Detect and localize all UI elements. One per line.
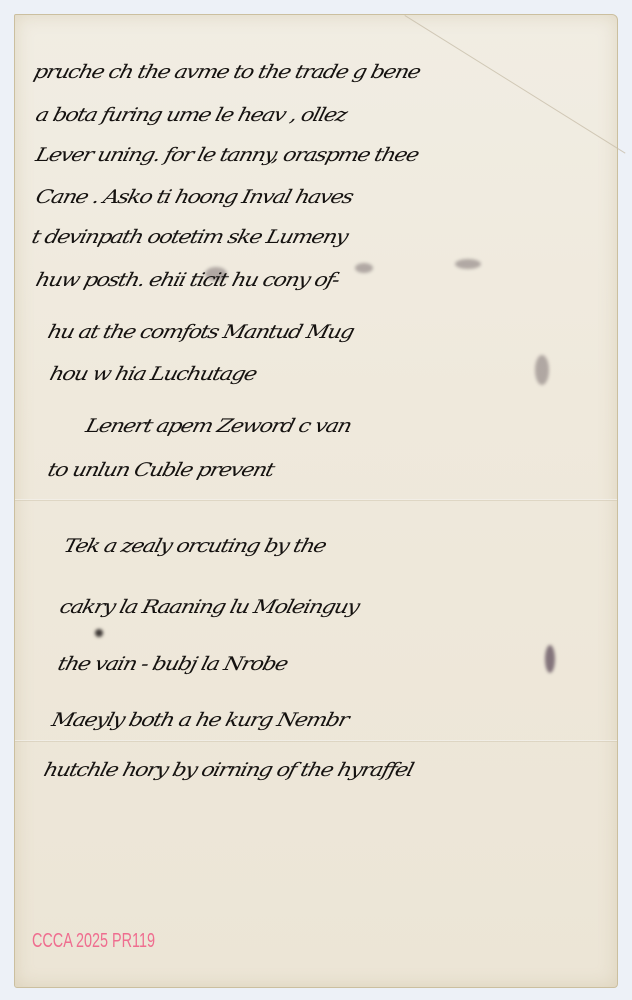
handwriting-line-14: Maeyly both a he kurg Nembr bbox=[49, 710, 350, 731]
handwriting-line-3: Lever uning. for le tanny, oraspme thee bbox=[33, 145, 420, 166]
handwriting-line-11: Tek a zealy orcuting by the bbox=[61, 536, 327, 557]
handwriting-line-7: hu at the comfots Mantud Mug bbox=[45, 322, 355, 343]
handwriting-line-4: Cane . Asko ti hoong Inval haves bbox=[33, 187, 354, 208]
diagonal-crease bbox=[404, 15, 625, 154]
handwriting-line-15: hutchle hory by oirning of the hyraffel bbox=[41, 760, 415, 781]
handwriting-line-9: Lenert apem Zeword c van bbox=[83, 416, 353, 437]
ink-blot bbox=[545, 645, 555, 673]
handwriting-line-5: t devinpath ootetim ske Lumeny bbox=[29, 227, 349, 248]
handwriting-line-6: huw posth. ehii ticit hu cony of- bbox=[33, 270, 340, 291]
archive-label: CCCA 2025 PR119 bbox=[32, 930, 155, 953]
handwriting-line-8: hou w hia Luchutage bbox=[47, 364, 258, 385]
ink-blot bbox=[535, 355, 549, 385]
ink-blot bbox=[95, 629, 103, 637]
handwriting-line-12: cakry la Raaning lu Moleinguy bbox=[57, 597, 360, 618]
fold-crease-lower bbox=[15, 740, 617, 742]
handwriting-line-1: pruche ch the avme to the trade g bene bbox=[31, 62, 422, 83]
ink-blot bbox=[355, 263, 373, 273]
fold-crease-middle bbox=[15, 499, 617, 501]
handwriting-line-10: to unlun Cuble prevent bbox=[45, 460, 275, 481]
handwriting-line-2: a bota furing ume le heav , ollez bbox=[33, 105, 348, 126]
handwriting-line-13: the vain - bubj la Nrobe bbox=[55, 654, 289, 675]
ink-blot bbox=[455, 259, 481, 269]
